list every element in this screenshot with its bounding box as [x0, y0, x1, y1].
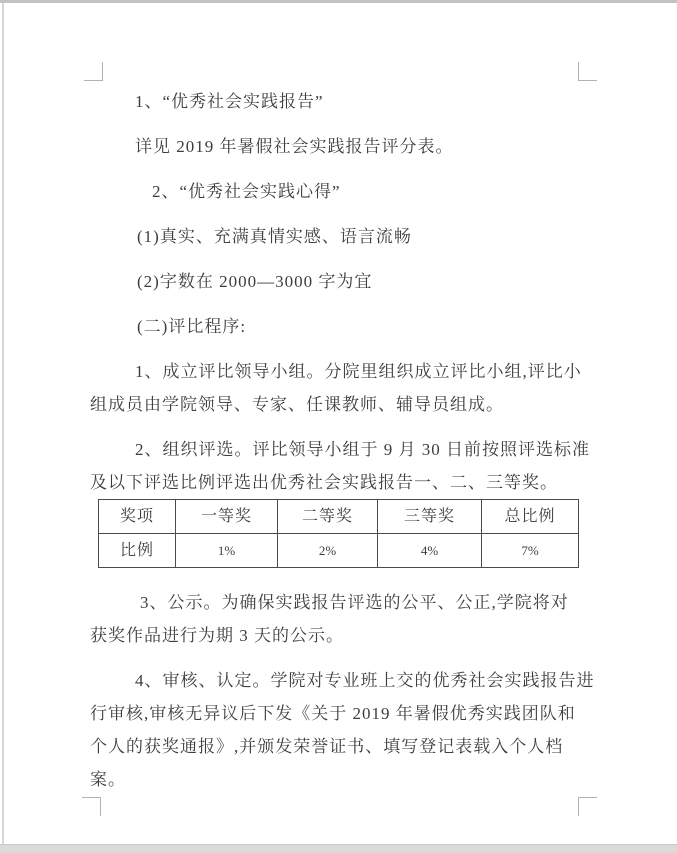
page-top-edge: [0, 0, 677, 3]
page-left-edge: [2, 3, 4, 844]
paragraph-criterion-1: (1)真实、充满真情实感、语言流畅: [90, 220, 590, 253]
text-line: (1)真实、充满真情实感、语言流畅: [90, 220, 590, 253]
crop-mark-top-right-icon: [578, 62, 597, 81]
table-cell: 7%: [482, 534, 579, 568]
text-line: 3、公示。为确保实践报告评选的公平、公正,学院将对: [90, 586, 590, 619]
scanned-document-page: { "page": { "background": "#ffffff", "to…: [0, 0, 677, 853]
paragraph-section-2-heading: (二)评比程序:: [90, 310, 590, 343]
text-line: 获奖作品进行为期 3 天的公示。: [90, 619, 590, 652]
table-cell: 比例: [99, 534, 176, 568]
table-cell: 1%: [176, 534, 278, 568]
text-line: 个人的获奖通报》,并颁发荣誉证书、填写登记表载入个人档: [90, 730, 590, 763]
text-line: (2)字数在 2000—3000 字为宜: [90, 265, 590, 298]
table-header-cell: 一等奖: [176, 500, 278, 534]
table-cell: 2%: [278, 534, 378, 568]
text-line: 4、审核、认定。学院对专业班上交的优秀社会实践报告进: [90, 664, 590, 697]
paragraph-step-2: 2、组织评选。评比领导小组于 9 月 30 日前按照评选标准 及以下评选比例评选…: [90, 433, 590, 499]
text-line: 详见 2019 年暑假社会实践报告评分表。: [90, 130, 590, 163]
table-header-cell: 总比例: [482, 500, 579, 534]
table-cell: 4%: [378, 534, 482, 568]
text-line: (二)评比程序:: [90, 310, 590, 343]
paragraph-step-1: 1、成立评比领导小组。分院里组织成立评比小组,评比小 组成员由学院领导、专家、任…: [90, 355, 590, 421]
page-bottom-edge: [0, 844, 677, 853]
text-line: 2、“优秀社会实践心得”: [90, 175, 590, 208]
text-line: 行审核,审核无异议后下发《关于 2019 年暑假优秀实践团队和: [90, 697, 590, 730]
text-line: 组成员由学院领导、专家、任课教师、辅导员组成。: [90, 388, 590, 421]
table-row: 比例 1% 2% 4% 7%: [99, 534, 579, 568]
text-line: 1、“优秀社会实践报告”: [90, 85, 590, 118]
paragraph-step-3: 3、公示。为确保实践报告评选的公平、公正,学院将对 获奖作品进行为期 3 天的公…: [90, 586, 590, 652]
paragraph-item-1-title: 1、“优秀社会实践报告”: [90, 85, 590, 118]
table-header-cell: 二等奖: [278, 500, 378, 534]
table-header-row: 奖项 一等奖 二等奖 三等奖 总比例: [99, 500, 579, 534]
text-line: 1、成立评比领导小组。分院里组织成立评比小组,评比小: [90, 355, 590, 388]
paragraph-criterion-2: (2)字数在 2000—3000 字为宜: [90, 265, 590, 298]
crop-mark-top-left-icon: [84, 62, 103, 81]
paragraph-see-note: 详见 2019 年暑假社会实践报告评分表。: [90, 130, 590, 163]
award-ratio-table: 奖项 一等奖 二等奖 三等奖 总比例 比例 1% 2% 4% 7%: [98, 499, 579, 568]
document-body: 1、“优秀社会实践报告” 详见 2019 年暑假社会实践报告评分表。 2、“优秀…: [90, 85, 590, 808]
paragraph-step-4: 4、审核、认定。学院对专业班上交的优秀社会实践报告进 行审核,审核无异议后下发《…: [90, 664, 590, 796]
text-line: 及以下评选比例评选出优秀社会实践报告一、二、三等奖。: [90, 466, 590, 499]
text-line: 案。: [90, 763, 590, 796]
table-header-cell: 奖项: [99, 500, 176, 534]
table-header-cell: 三等奖: [378, 500, 482, 534]
paragraph-item-2-title: 2、“优秀社会实践心得”: [90, 175, 590, 208]
text-line: 2、组织评选。评比领导小组于 9 月 30 日前按照评选标准: [90, 433, 590, 466]
